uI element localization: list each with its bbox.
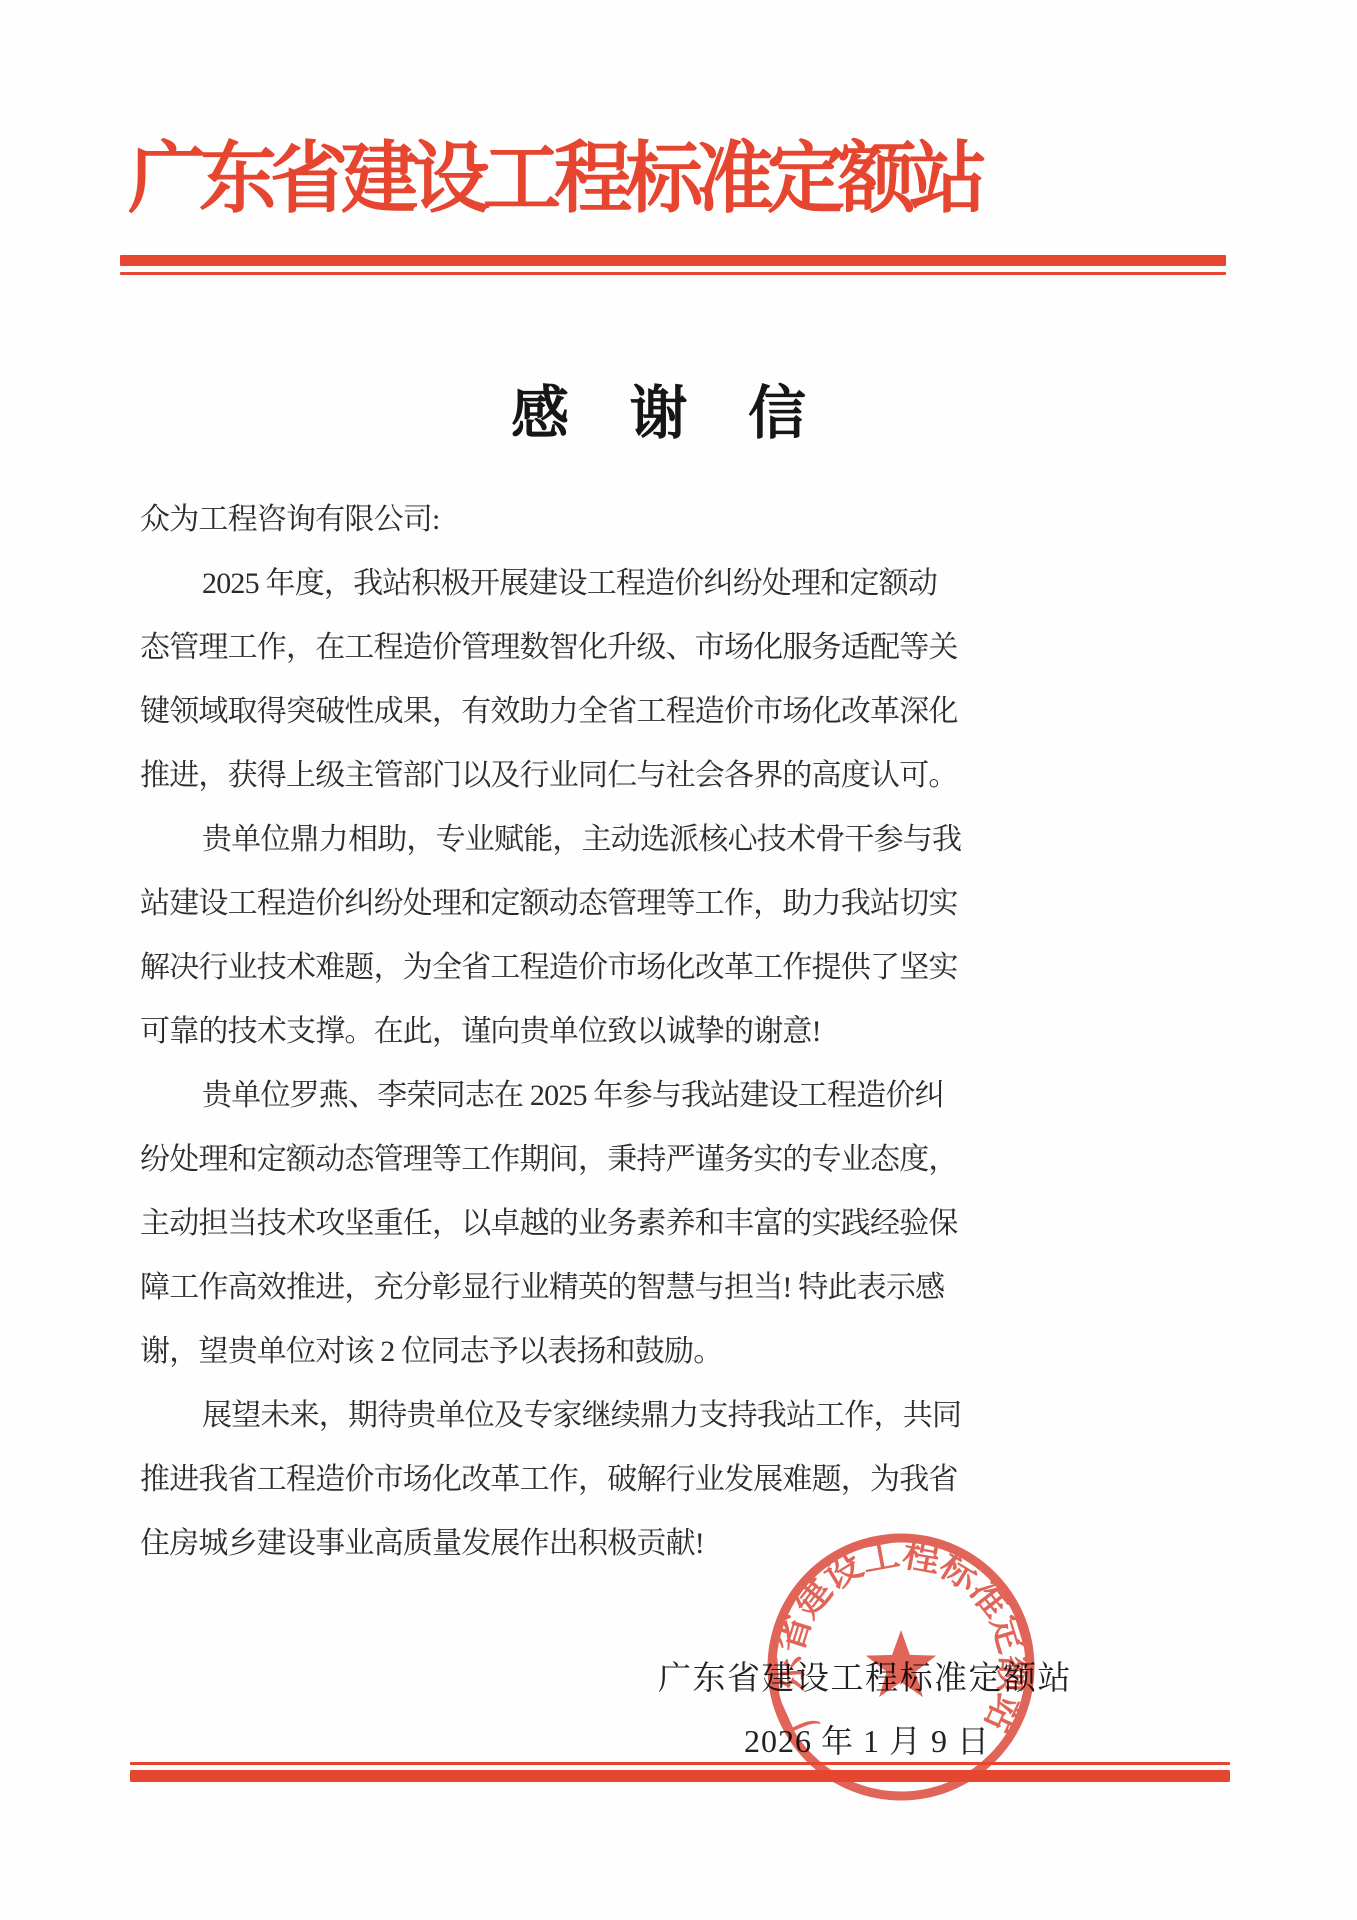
paragraph-line: 2025 年度，我站积极开展建设工程造价纠纷处理和定额动 bbox=[140, 552, 972, 616]
letterhead-title: 广东省建设工程标准定额站 bbox=[128, 116, 1238, 228]
paragraph-line: 态管理工作，在工程造价管理数智化升级、市场化服务适配等关 bbox=[140, 616, 972, 680]
letter-body: 众为工程咨询有限公司: 2025 年度，我站积极开展建设工程造价纠纷处理和定额动… bbox=[140, 488, 972, 1576]
paragraph-line: 贵单位鼎力相助，专业赋能，主动选派核心技术骨干参与我 bbox=[140, 808, 972, 872]
star-icon bbox=[866, 1630, 936, 1697]
paragraph-line: 谢，望贵单位对该 2 位同志予以表扬和鼓励。 bbox=[140, 1320, 972, 1384]
footer-rule-thick bbox=[130, 1770, 1230, 1782]
paragraph-line: 推进我省工程造价市场化改革工作，破解行业发展难题，为我省 bbox=[140, 1448, 972, 1512]
paragraph-line: 展望未来，期待贵单位及专家继续鼎力支持我站工作，共同 bbox=[140, 1384, 972, 1448]
footer-rule-thin bbox=[130, 1762, 1230, 1765]
salutation: 众为工程咨询有限公司: bbox=[140, 488, 972, 552]
paragraph-line: 站建设工程造价纠纷处理和定额动态管理等工作，助力我站切实 bbox=[140, 872, 972, 936]
paragraph-line: 纷处理和定额动态管理等工作期间，秉持严谨务实的专业态度， bbox=[140, 1128, 972, 1192]
header-rule-thin bbox=[120, 272, 1226, 275]
header-rule-thick bbox=[120, 255, 1226, 266]
document-title: 感 谢 信 bbox=[0, 366, 1317, 450]
paragraph-line: 推进，获得上级主管部门以及行业同仁与社会各界的高度认可。 bbox=[140, 744, 972, 808]
paragraph-line: 键领域取得突破性成果，有效助力全省工程造价市场化改革深化 bbox=[140, 680, 972, 744]
paragraph-line: 贵单位罗燕、李荣同志在 2025 年参与我站建设工程造价纠 bbox=[140, 1064, 972, 1128]
paragraph-line: 可靠的技术支撑。在此，谨向贵单位致以诚挚的谢意! bbox=[140, 1000, 972, 1064]
letter-page: 广东省建设工程标准定额站 感 谢 信 众为工程咨询有限公司: 2025 年度，我… bbox=[0, 0, 1357, 1920]
paragraph-line: 障工作高效推进，充分彰显行业精英的智慧与担当! 特此表示感 bbox=[140, 1256, 972, 1320]
paragraph-line: 主动担当技术攻坚重任，以卓越的业务素养和丰富的实践经验保 bbox=[140, 1192, 972, 1256]
paragraph-line: 解决行业技术难题，为全省工程造价市场化改革工作提供了坚实 bbox=[140, 936, 972, 1000]
